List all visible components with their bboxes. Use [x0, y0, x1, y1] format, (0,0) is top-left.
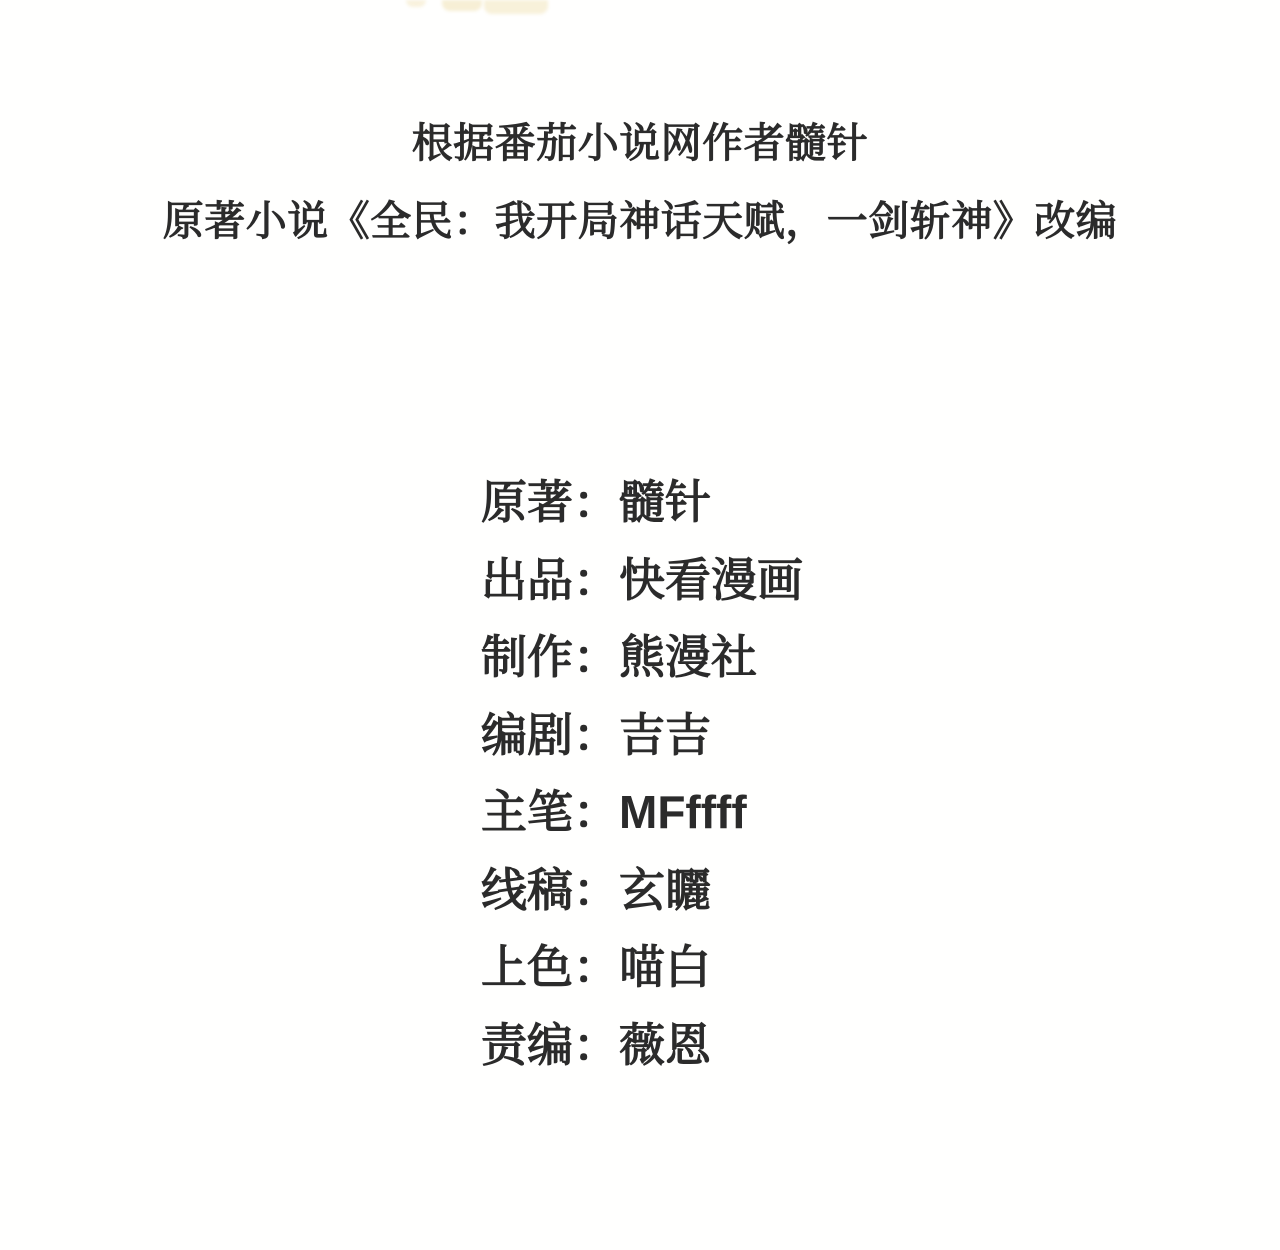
clipped-top-graphic: [484, 0, 548, 14]
credit-name: 玄矖: [619, 864, 711, 916]
credit-row: 原著：髓针: [481, 464, 803, 542]
credit-role: 责编: [481, 1019, 573, 1071]
attribution-line-2: 原著小说《全民：我开局神话天赋，一剑斩神》改编: [0, 182, 1280, 260]
credit-row: 编剧：吉吉: [481, 697, 803, 775]
credit-role: 制作: [481, 631, 573, 683]
credit-colon: ：: [573, 709, 619, 761]
credit-name: 熊漫社: [619, 631, 757, 683]
credit-row: 出品：快看漫画: [481, 542, 803, 620]
credit-role: 原著: [481, 476, 573, 528]
credit-row: 线稿：玄矖: [481, 852, 803, 930]
credit-row: 主笔：MFffff: [481, 774, 803, 852]
credit-role: 上色: [481, 941, 573, 993]
credit-name: 薇恩: [619, 1019, 711, 1071]
comic-credits-page: 根据番茄小说网作者髓针 原著小说《全民：我开局神话天赋，一剑斩神》改编 原著：髓…: [0, 0, 1280, 1250]
credit-colon: ：: [573, 786, 619, 838]
credit-colon: ：: [573, 631, 619, 683]
credit-name: 喵白: [619, 941, 711, 993]
credit-row: 责编：薇恩: [481, 1007, 803, 1085]
credit-row: 制作：熊漫社: [481, 619, 803, 697]
attribution-block: 根据番茄小说网作者髓针 原著小说《全民：我开局神话天赋，一剑斩神》改编: [0, 104, 1280, 260]
credit-role: 线稿: [481, 864, 573, 916]
credit-role: 主笔: [481, 786, 573, 838]
credit-role: 出品: [481, 554, 573, 606]
credit-colon: ：: [573, 941, 619, 993]
clipped-top-graphic: [442, 0, 482, 11]
credit-colon: ：: [573, 1019, 619, 1071]
credit-colon: ：: [573, 476, 619, 528]
credit-name: 快看漫画: [619, 554, 803, 606]
credit-row: 上色：喵白: [481, 929, 803, 1007]
credit-colon: ：: [573, 554, 619, 606]
clipped-top-graphic: [406, 0, 426, 7]
credits-list: 原著：髓针 出品：快看漫画 制作：熊漫社 编剧：吉吉 主笔：MFffff 线稿：…: [481, 464, 803, 1084]
attribution-line-1: 根据番茄小说网作者髓针: [0, 104, 1280, 182]
credit-name: MFffff: [619, 786, 747, 838]
credit-name: 吉吉: [619, 709, 711, 761]
credit-name: 髓针: [619, 476, 711, 528]
credit-colon: ：: [573, 864, 619, 916]
credit-role: 编剧: [481, 709, 573, 761]
